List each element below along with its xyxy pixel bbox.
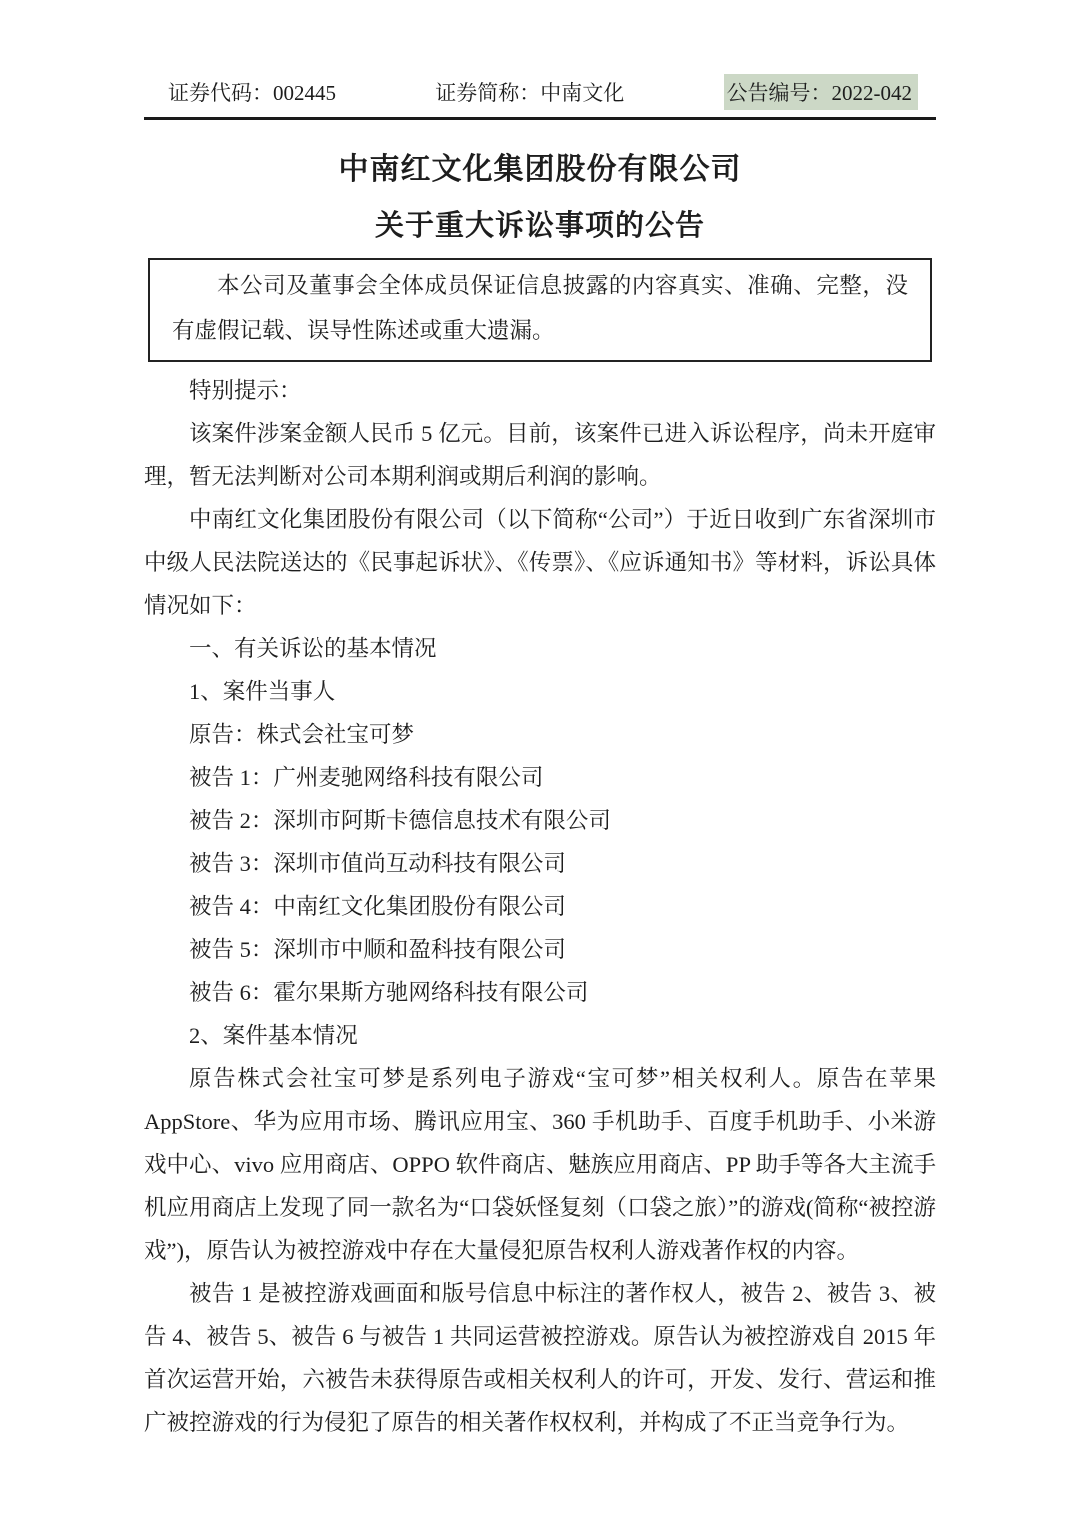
announcement-body: 特别提示： 该案件涉案金额人民币 5 亿元。目前，该案件已进入诉讼程序，尚未开庭… (144, 369, 936, 1444)
company-title: 中南红文化集团股份有限公司 (144, 152, 936, 188)
intro-paragraph: 中南红文化集团股份有限公司（以下简称“公司”）于近日收到广东省深圳市中级人民法院… (144, 498, 936, 627)
case-paragraph-1: 原告株式会社宝可梦是系列电子游戏“宝可梦”相关权利人。原告在苹果 AppStor… (144, 1057, 936, 1272)
announcement-number-badge: 公告编号：2022-042 (724, 74, 919, 110)
announcement-title: 关于重大诉讼事项的公告 (144, 209, 936, 243)
disclaimer-box: 本公司及董事会全体成员保证信息披露的内容真实、准确、完整，没有虚假记载、误导性陈… (148, 258, 932, 362)
defendant-line-2: 被告 2：深圳市阿斯卡德信息技术有限公司 (144, 799, 936, 842)
defendant-line-3: 被告 3：深圳市值尚互动科技有限公司 (144, 842, 936, 885)
stock-name-label: 证券简称： (435, 81, 540, 105)
stock-name: 证券简称：中南文化 (435, 77, 624, 107)
page-column: 证券代码：002445 证券简称：中南文化 公告编号：2022-042 中南红文… (144, 0, 936, 1444)
defendant-line-5: 被告 5：深圳市中顺和盈科技有限公司 (144, 928, 936, 971)
special-note-paragraph: 该案件涉案金额人民币 5 亿元。目前，该案件已进入诉讼程序，尚未开庭审理，暂无法… (144, 412, 936, 498)
disclaimer-text: 本公司及董事会全体成员保证信息披露的内容真实、准确、完整，没有虚假记载、误导性陈… (172, 263, 908, 353)
stock-name-value: 中南文化 (540, 81, 624, 105)
announcement-number-label: 公告编号： (727, 81, 832, 105)
case-paragraph-2: 被告 1 是被控游戏画面和版号信息中标注的著作权人，被告 2、被告 3、被告 4… (144, 1272, 936, 1444)
stock-code-value: 002445 (273, 81, 336, 105)
defendant-line-1: 被告 1：广州麦驰网络科技有限公司 (144, 756, 936, 799)
subsection-2-heading: 2、案件基本情况 (144, 1014, 936, 1057)
plaintiff-line: 原告：株式会社宝可梦 (144, 713, 936, 756)
stock-code-label: 证券代码： (168, 81, 273, 105)
announcement-number-value: 2022-042 (832, 81, 913, 105)
doc-header: 证券代码：002445 证券简称：中南文化 公告编号：2022-042 (144, 0, 936, 120)
stock-code: 证券代码：002445 (168, 77, 336, 107)
announcement-page: 证券代码：002445 证券简称：中南文化 公告编号：2022-042 中南红文… (0, 0, 1080, 1526)
defendant-line-6: 被告 6：霍尔果斯方驰网络科技有限公司 (144, 971, 936, 1014)
subsection-1-heading: 1、案件当事人 (144, 670, 936, 713)
defendant-line-4: 被告 4：中南红文化集团股份有限公司 (144, 885, 936, 928)
special-note-heading: 特别提示： (144, 369, 936, 412)
section-1-heading: 一、有关诉讼的基本情况 (144, 627, 936, 670)
